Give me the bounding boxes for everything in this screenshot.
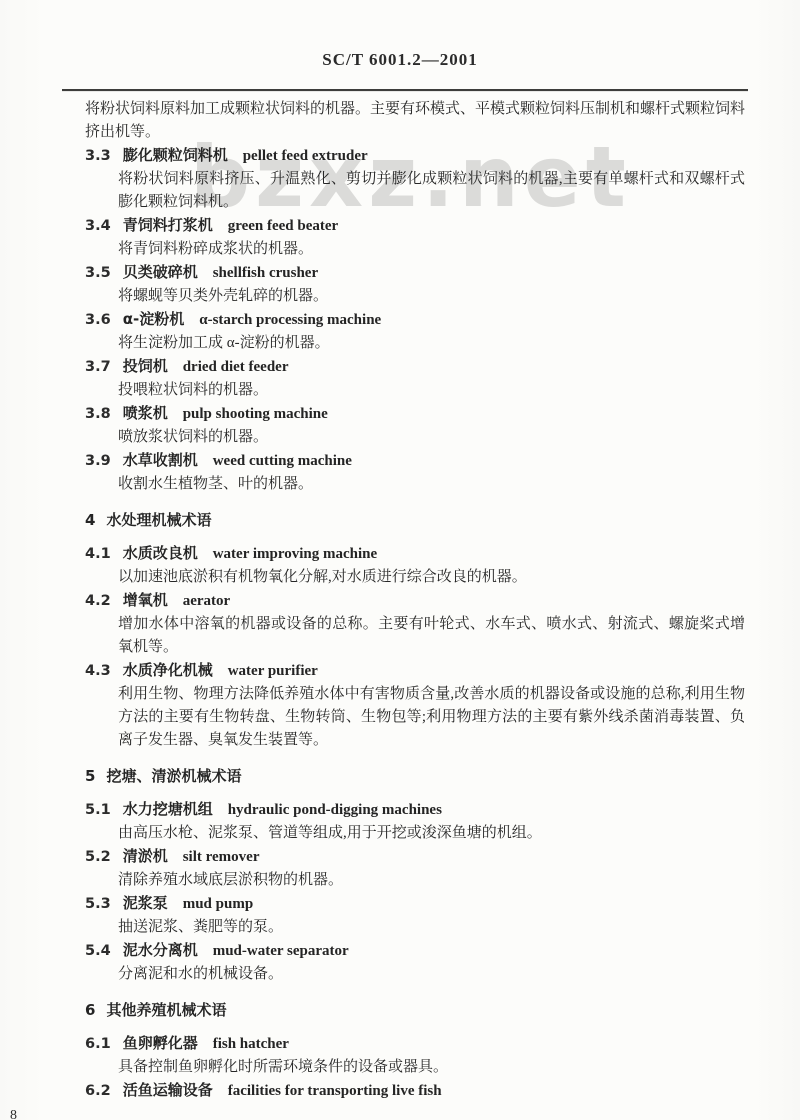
term-chinese: α-淀粉机 [123, 310, 185, 328]
term-english: pulp shooting machine [183, 406, 328, 422]
term-chinese: 喷浆机 [123, 404, 168, 422]
term-line: 5.4泥水分离机mud-water separator [85, 939, 745, 963]
term-number: 3.6 [85, 309, 111, 332]
term-number: 3.5 [85, 262, 111, 285]
term-definition: 以加速池底淤积有机物氧化分解,对水质进行综合改良的机器。 [118, 566, 745, 589]
term-definition: 喷放浆状饲料的机器。 [118, 426, 745, 449]
term-entry: 6.2活鱼运输设备facilities for transporting liv… [85, 1079, 745, 1103]
term-english: water improving machine [213, 546, 377, 562]
term-english: dried diet feeder [183, 359, 289, 375]
term-line: 3.9水草收割机weed cutting machine [85, 449, 745, 473]
term-definition: 由高压水枪、泥浆泵、管道等组成,用于开挖或浚深鱼塘的机组。 [118, 822, 745, 845]
term-number: 5.4 [85, 940, 111, 963]
term-entry: 6.1鱼卵孵化器fish hatcher具备控制鱼卵孵化时所需环境条件的设备或器… [85, 1032, 745, 1079]
term-chinese: 投饲机 [123, 357, 168, 375]
term-chinese: 泥水分离机 [123, 941, 198, 959]
term-chinese: 清淤机 [123, 847, 168, 865]
section-heading: 5挖塘、清淤机械术语 [85, 765, 745, 788]
term-english: silt remover [183, 849, 260, 865]
term-entry: 5.3泥浆泵mud pump抽送泥浆、粪肥等的泵。 [85, 892, 745, 939]
term-entry: 4.2增氧机aerator增加水体中溶氧的机器或设备的总称。主要有叶轮式、水车式… [85, 589, 745, 659]
term-entry: 3.9水草收割机weed cutting machine收割水生植物茎、叶的机器… [85, 449, 745, 496]
term-chinese: 膨化颗粒饲料机 [123, 146, 228, 164]
term-number: 6.2 [85, 1080, 111, 1103]
term-line: 4.2增氧机aerator [85, 589, 745, 613]
term-entry: 5.1水力挖塘机组hydraulic pond-digging machines… [85, 798, 745, 845]
term-definition: 利用生物、物理方法降低养殖水体中有害物质含量,改善水质的机器设备或设施的总称,利… [118, 683, 745, 752]
term-number: 5.1 [85, 799, 111, 822]
section-number: 6 [85, 999, 95, 1022]
term-chinese: 增氧机 [123, 591, 168, 609]
term-number: 4.2 [85, 590, 111, 613]
term-definition: 将粉状饲料原料挤压、升温熟化、剪切并膨化成颗粒状饲料的机器,主要有单螺杆式和双螺… [118, 168, 745, 214]
term-line: 6.1鱼卵孵化器fish hatcher [85, 1032, 745, 1056]
term-entry: 3.3膨化颗粒饲料机pellet feed extruder将粉状饲料原料挤压、… [85, 144, 745, 214]
term-entry: 3.7投饲机dried diet feeder投喂粒状饲料的机器。 [85, 355, 745, 402]
term-english: mud-water separator [213, 943, 349, 959]
term-chinese: 水质净化机械 [123, 661, 213, 679]
term-chinese: 泥浆泵 [123, 894, 168, 912]
term-chinese: 水草收割机 [123, 451, 198, 469]
term-line: 6.2活鱼运输设备facilities for transporting liv… [85, 1079, 745, 1103]
section-heading: 6其他养殖机械术语 [85, 999, 745, 1022]
term-number: 6.1 [85, 1033, 111, 1056]
term-definition: 将青饲料粉碎成浆状的机器。 [118, 238, 745, 261]
term-english: mud pump [183, 896, 253, 912]
term-definition: 收割水生植物茎、叶的机器。 [118, 473, 745, 496]
term-line: 3.5贝类破碎机shellfish crusher [85, 261, 745, 285]
term-number: 5.3 [85, 893, 111, 916]
term-line: 5.3泥浆泵mud pump [85, 892, 745, 916]
term-line: 3.8喷浆机pulp shooting machine [85, 402, 745, 426]
section-title: 水处理机械术语 [106, 511, 211, 529]
page-number: 8 [10, 1108, 800, 1120]
term-number: 4.1 [85, 543, 111, 566]
term-english: pellet feed extruder [243, 148, 368, 164]
term-definition: 清除养殖水域底层淤积物的机器。 [118, 869, 745, 892]
term-number: 5.2 [85, 846, 111, 869]
term-number: 3.3 [85, 145, 111, 168]
term-definition: 增加水体中溶氧的机器或设备的总称。主要有叶轮式、水车式、喷水式、射流式、螺旋桨式… [118, 613, 745, 659]
section-title: 挖塘、清淤机械术语 [106, 767, 241, 785]
term-line: 3.6α-淀粉机α-starch processing machine [85, 308, 745, 332]
term-line: 5.1水力挖塘机组hydraulic pond-digging machines [85, 798, 745, 822]
term-entry: 3.6α-淀粉机α-starch processing machine将生淀粉加… [85, 308, 745, 355]
document-content: 将粉状饲料原料加工成颗粒状饲料的机器。主要有环模式、平模式颗粒饲料压制机和螺杆式… [0, 91, 800, 1103]
term-english: α-starch processing machine [199, 312, 381, 328]
document-layer: SC/T 6001.2—2001 将粉状饲料原料加工成颗粒状饲料的机器。主要有环… [0, 0, 800, 1120]
term-english: aerator [183, 593, 230, 609]
term-line: 4.1水质改良机water improving machine [85, 542, 745, 566]
term-english: water purifier [228, 663, 318, 679]
term-definition: 将生淀粉加工成 α-淀粉的机器。 [118, 332, 745, 355]
term-line: 4.3水质净化机械water purifier [85, 659, 745, 683]
term-entry: 3.5贝类破碎机shellfish crusher将螺蚬等贝类外壳轧碎的机器。 [85, 261, 745, 308]
continuation-paragraph: 将粉状饲料原料加工成颗粒状饲料的机器。主要有环模式、平模式颗粒饲料压制机和螺杆式… [85, 98, 745, 144]
term-number: 3.7 [85, 356, 111, 379]
term-line: 3.7投饲机dried diet feeder [85, 355, 745, 379]
term-english: fish hatcher [213, 1036, 289, 1052]
term-chinese: 贝类破碎机 [123, 263, 198, 281]
term-entry: 5.4泥水分离机mud-water separator分离泥和水的机械设备。 [85, 939, 745, 986]
standard-code-header: SC/T 6001.2—2001 [0, 0, 800, 70]
section-number: 4 [85, 509, 95, 532]
term-number: 3.4 [85, 215, 111, 238]
term-line: 5.2清淤机silt remover [85, 845, 745, 869]
term-entry: 3.4青饲料打浆机green feed beater将青饲料粉碎成浆状的机器。 [85, 214, 745, 261]
section-heading: 4水处理机械术语 [85, 509, 745, 532]
term-entry: 4.3水质净化机械water purifier利用生物、物理方法降低养殖水体中有… [85, 659, 745, 752]
term-number: 4.3 [85, 660, 111, 683]
section-title: 其他养殖机械术语 [106, 1001, 226, 1019]
term-english: hydraulic pond-digging machines [228, 802, 442, 818]
section-number: 5 [85, 765, 95, 788]
term-line: 3.4青饲料打浆机green feed beater [85, 214, 745, 238]
term-english: weed cutting machine [213, 453, 352, 469]
term-chinese: 水质改良机 [123, 544, 198, 562]
term-number: 3.9 [85, 450, 111, 473]
term-chinese: 青饲料打浆机 [123, 216, 213, 234]
term-english: shellfish crusher [213, 265, 318, 281]
term-entry: 5.2清淤机silt remover清除养殖水域底层淤积物的机器。 [85, 845, 745, 892]
term-definition: 投喂粒状饲料的机器。 [118, 379, 745, 402]
term-chinese: 活鱼运输设备 [123, 1081, 213, 1099]
term-english: green feed beater [228, 218, 339, 234]
term-definition: 抽送泥浆、粪肥等的泵。 [118, 916, 745, 939]
term-definition: 将螺蚬等贝类外壳轧碎的机器。 [118, 285, 745, 308]
scanned-document-page: bzxz.net SC/T 6001.2—2001 将粉状饲料原料加工成颗粒状饲… [0, 0, 800, 1120]
term-english: facilities for transporting live fish [228, 1083, 442, 1099]
term-definition: 分离泥和水的机械设备。 [118, 963, 745, 986]
term-definition: 具备控制鱼卵孵化时所需环境条件的设备或器具。 [118, 1056, 745, 1079]
term-number: 3.8 [85, 403, 111, 426]
term-line: 3.3膨化颗粒饲料机pellet feed extruder [85, 144, 745, 168]
term-entry: 3.8喷浆机pulp shooting machine喷放浆状饲料的机器。 [85, 402, 745, 449]
term-chinese: 水力挖塘机组 [123, 800, 213, 818]
term-chinese: 鱼卵孵化器 [123, 1034, 198, 1052]
term-entry: 4.1水质改良机water improving machine以加速池底淤积有机… [85, 542, 745, 589]
